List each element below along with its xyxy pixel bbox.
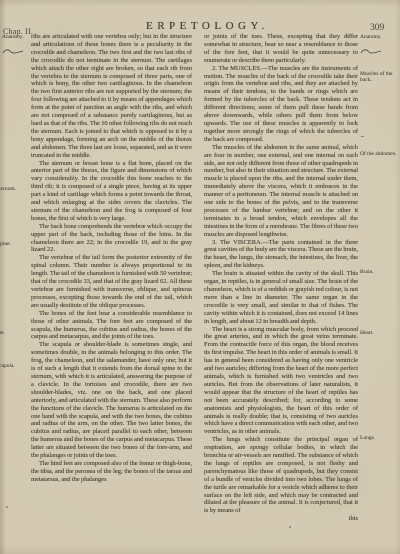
paragraph: The heart is a strong muscular body, fro… bbox=[204, 326, 358, 437]
margin-note-of-the-abdomen: Of the abdomen. bbox=[360, 151, 398, 157]
paragraph: or joints of the toes. These, excepting … bbox=[204, 33, 358, 65]
paragraph: The bones of the feet bear a considerabl… bbox=[31, 310, 192, 342]
margin-note-heart: Heart. bbox=[360, 330, 374, 336]
margin-note-anatomy-right: Anatomy. bbox=[360, 34, 382, 40]
margin-note-spine: Spine. bbox=[0, 241, 11, 247]
margin-note-sternum: Sternum. bbox=[0, 186, 16, 192]
paragraph: 3. The VISCERA.—The parts contained in t… bbox=[204, 239, 358, 271]
flourish-icon bbox=[2, 42, 24, 60]
running-title: ERPETOLOGY. bbox=[146, 20, 269, 32]
margin-note-brain: Brain. bbox=[360, 269, 374, 275]
paragraph: The back bone comprehends the vertebræ w… bbox=[31, 223, 192, 255]
margin-note-muscles-of-the-back: Muscles of the back. bbox=[360, 71, 398, 83]
paragraph: 2. The MUSCLES.—The muscles are the inst… bbox=[204, 65, 358, 144]
paragraph: The vertebræ of the tail form the poster… bbox=[31, 254, 192, 309]
margin-note-scapula: Scapula. bbox=[0, 363, 15, 369]
paragraph: The lungs which constitute the principal… bbox=[204, 436, 358, 515]
page-number: 309 bbox=[370, 23, 384, 33]
paragraph: The hind feet are composed also of the f… bbox=[31, 460, 192, 484]
paragraph: The brain is situated within the cavity … bbox=[204, 270, 358, 325]
catchword: this bbox=[204, 515, 358, 523]
margin-note-anatomy-left: Anatomy. bbox=[2, 34, 24, 40]
margin-note-lungs: Lungs. bbox=[360, 435, 375, 441]
paper-speck bbox=[289, 526, 291, 528]
paper-speck bbox=[361, 136, 364, 137]
left-text-column: ribs are articulated with one vertebra o… bbox=[31, 33, 192, 484]
margin-note-feet: Feet. bbox=[0, 330, 5, 336]
paragraph: ribs are articulated with one vertebra o… bbox=[31, 33, 192, 160]
right-text-column: or joints of the toes. These, excepting … bbox=[204, 33, 358, 523]
paragraph: The sternum or breast bone is a flat bon… bbox=[31, 160, 192, 223]
book-page: Chap. II. ERPETOLOGY. 309 Anatomy. Stern… bbox=[0, 0, 400, 554]
paragraph: The scapula or shoulder-blade is sometim… bbox=[31, 341, 192, 460]
paper-speck bbox=[6, 506, 8, 508]
flourish-icon bbox=[360, 42, 382, 60]
paragraph: The muscles of the abdomen in the same a… bbox=[204, 144, 358, 239]
